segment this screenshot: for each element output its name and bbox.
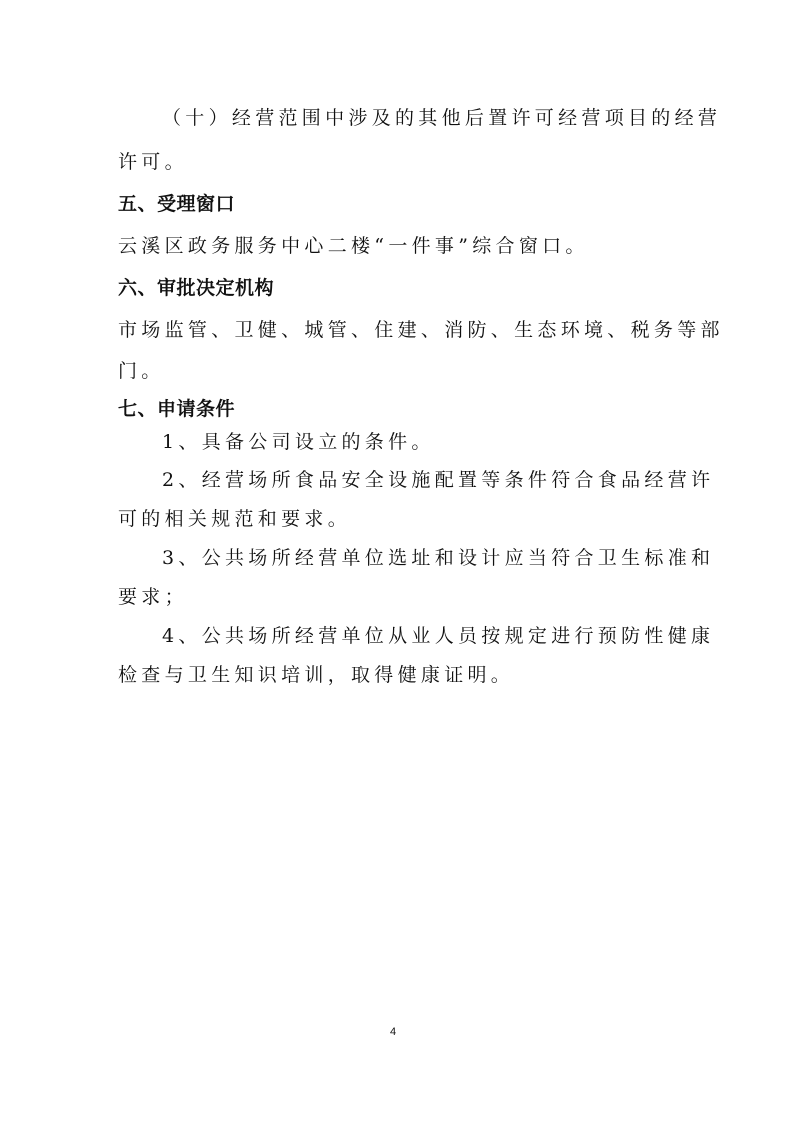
condition-item-3-cont: 要求； (118, 585, 678, 609)
condition-item-1: 1、具备公司设立的条件。 (162, 430, 722, 454)
condition-item-2-cont: 可的相关规范和要求。 (118, 507, 678, 531)
paragraph-window: 云溪区政务服务中心二楼“一件事”综合窗口。 (118, 234, 678, 258)
condition-item-4-cont: 检查与卫生知识培训，取得健康证明。 (118, 663, 678, 687)
section-heading-6: 六、审批决定机构 (118, 276, 678, 300)
condition-item-4: 4、公共场所经营单位从业人员按规定进行预防性健康 (162, 624, 722, 648)
paragraph-item-10: （十）经营范围中涉及的其他后置许可经营项目的经营 (162, 106, 722, 130)
paragraph-agencies: 市场监管、卫健、城管、住建、消防、生态环境、税务等部 (118, 318, 678, 342)
paragraph-agencies-cont: 门。 (118, 359, 678, 383)
condition-item-2: 2、经营场所食品安全设施配置等条件符合食品经营许 (162, 468, 722, 492)
document-page: （十）经营范围中涉及的其他后置许可经营项目的经营 许可。 五、受理窗口 云溪区政… (0, 0, 793, 1122)
paragraph-item-10-cont: 许可。 (118, 150, 678, 174)
section-heading-5: 五、受理窗口 (118, 192, 678, 216)
section-heading-7: 七、申请条件 (118, 397, 678, 421)
page-number: 4 (390, 1026, 396, 1038)
condition-item-3: 3、公共场所经营单位选址和设计应当符合卫生标准和 (162, 546, 722, 570)
